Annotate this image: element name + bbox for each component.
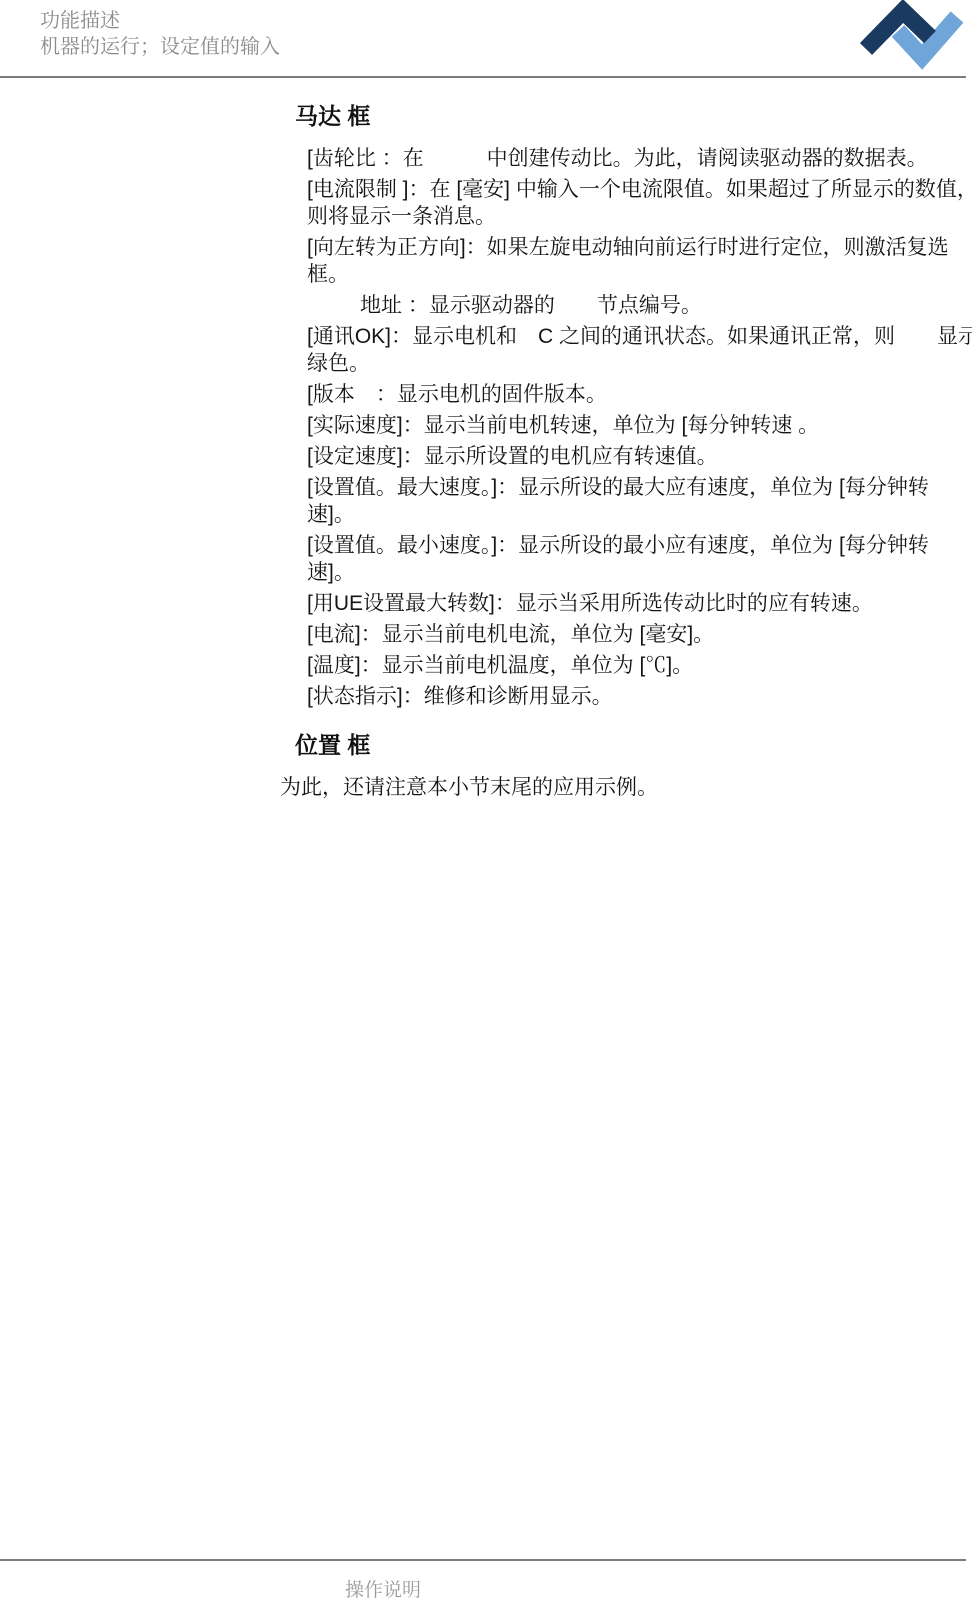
company-logo <box>860 1 964 65</box>
section-motor: 马达 框 [齿轮比 ：在 中创建传动比。为此，请阅读驱动器的数据表。 [电流限制… <box>295 103 972 710</box>
param-min-speed-setpoint: [设置值。最小速度。]：显示所设的最小应有速度，单位为 [每分钟转 速]。 <box>307 532 972 586</box>
param-max-speed-setpoint: [设置值。最大速度。]：显示所设的最大应有速度，单位为 [每分钟转 速]。 <box>307 474 972 528</box>
position-box-heading: 位置 框 <box>295 732 972 759</box>
footer-doc-type-label: 操作说明 <box>345 1575 421 1602</box>
param-set-speed: [设定速度]：显示所设置的电机应有转速值。 <box>307 443 972 470</box>
running-header: 功能描述 机器的运行；设定值的输入 <box>40 8 280 60</box>
param-address: 地址 ：显示驱动器的 节点编号。 <box>360 292 972 319</box>
param-left-positive-direction: [向左转为正方向]：如果左旋电动轴向前运行时进行定位，则激活复选 框。 <box>307 234 972 288</box>
company-logo-icon <box>860 1 964 65</box>
header-section-title: 机器的运行；设定值的输入 <box>40 34 280 60</box>
motor-box-heading: 马达 框 <box>295 103 972 130</box>
position-note: 为此，还请注意本小节末尾的应用示例。 <box>280 774 972 801</box>
param-version: [版本 ：显示电机的固件版本。 <box>307 381 972 408</box>
header-divider-line <box>0 76 966 78</box>
page-content: 马达 框 [齿轮比 ：在 中创建传动比。为此，请阅读驱动器的数据表。 [电流限制… <box>295 103 972 801</box>
param-gear-ratio: [齿轮比 ：在 中创建传动比。为此，请阅读驱动器的数据表。 <box>307 145 972 172</box>
param-communication-ok: [通讯OK]：显示电机和 C 之间的通讯状态。如果通讯正常，则 显示 绿色。 <box>307 323 972 377</box>
param-status-indicator: [状态指示]：维修和诊断用显示。 <box>307 683 972 710</box>
param-temperature: [温度]：显示当前电机温度，单位为 [℃]。 <box>307 652 972 679</box>
param-max-revolutions-ue: [用UE设置最大转数]：显示当采用所选传动比时的应有转速。 <box>307 590 972 617</box>
footer-divider-line <box>0 1559 966 1561</box>
param-actual-speed: [实际速度]：显示当前电机转速，单位为 [每分钟转速 。 <box>307 412 972 439</box>
param-current-limit: [电流限制 ]：在 [毫安] 中输入一个电流限值。如果超过了所显示的数值， 则将… <box>307 176 972 230</box>
param-current: [电流]：显示当前电机电流，单位为 [毫安]。 <box>307 621 972 648</box>
manual-page: 功能描述 机器的运行；设定值的输入 马达 框 [齿轮比 ：在 中创建传动比。为此… <box>0 0 972 1606</box>
section-position: 位置 框 为此，还请注意本小节末尾的应用示例。 <box>295 732 972 801</box>
header-doc-title: 功能描述 <box>40 8 280 34</box>
